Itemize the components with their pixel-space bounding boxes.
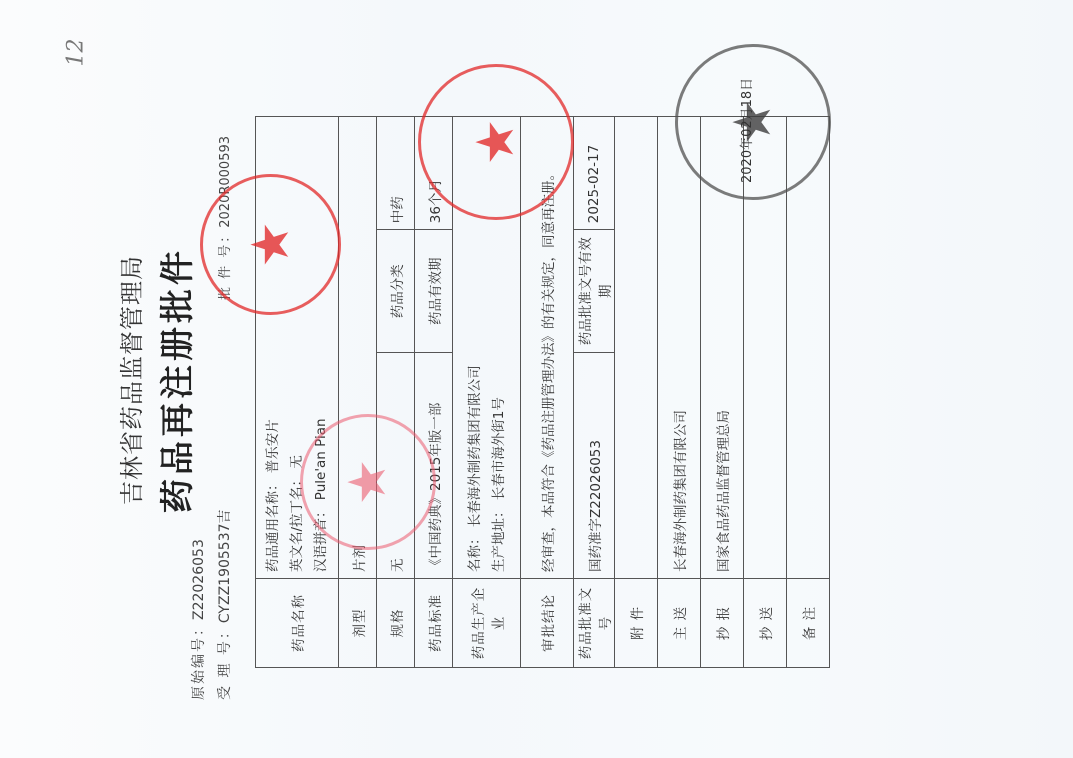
drug-name-label: 药品名称 bbox=[256, 579, 339, 668]
row-cc-report: 抄 报 国家食品药品监督管理总局 bbox=[701, 117, 744, 668]
approval-number-row-label: 药品批准文号 bbox=[574, 579, 615, 668]
original-number: 原始编号：Z22026053 bbox=[188, 539, 208, 700]
attachment-value bbox=[615, 117, 658, 579]
remarks-label: 备 注 bbox=[787, 579, 830, 668]
english-latin-name: 英文名/拉丁名： 无 bbox=[285, 123, 309, 572]
conclusion-label: 审批结论 bbox=[521, 579, 574, 668]
pinyin-name: 汉语拼音： Pule'an Pian bbox=[309, 123, 333, 572]
standard-value: 《中国药典》2015年版一部 bbox=[415, 353, 453, 579]
manufacturer-cell: 名称： 长春海外制药集团有限公司 生产地址： 长春市海外街1号 bbox=[453, 117, 521, 579]
issuing-organization: 吉林省药品监督管理局 bbox=[112, 60, 147, 700]
page-marker: 12 bbox=[64, 39, 89, 67]
pinyin-value: Pule'an Pian bbox=[313, 418, 329, 500]
english-latin-value: 无 bbox=[289, 455, 305, 469]
acceptance-number: 受 理 号：CYZZ1905537吉 bbox=[214, 509, 234, 700]
generic-name-label: 药品通用名称： bbox=[265, 478, 281, 573]
original-number-label: 原始编号： bbox=[191, 620, 207, 700]
manufacturer-label: 药品生产企业 bbox=[453, 579, 521, 668]
pinyin-label: 汉语拼音： bbox=[313, 505, 329, 573]
row-attachment: 附 件 bbox=[615, 117, 658, 668]
validity-value: 2025-02-17 bbox=[574, 117, 615, 230]
manufacturer-name: 名称： 长春海外制药集团有限公司 bbox=[463, 123, 487, 572]
row-standard: 药品标准 《中国药典》2015年版一部 药品有效期 36个月 bbox=[415, 117, 453, 668]
manufacturer-name-label: 名称： bbox=[467, 532, 483, 573]
conclusion-value: 经审查，本品符合《药品注册管理办法》的有关规定，同意再注册。 bbox=[521, 117, 574, 579]
manufacturer-address: 生产地址： 长春市海外街1号 bbox=[487, 123, 511, 572]
registration-form-table: 药品名称 药品通用名称： 普乐安片 英文名/拉丁名： 无 汉语拼音： Pule'… bbox=[255, 116, 830, 668]
original-number-value: Z22026053 bbox=[191, 539, 207, 620]
specification-label: 规格 bbox=[377, 579, 415, 668]
approval-document-number: 批 件 号：2020R000593 bbox=[214, 136, 233, 300]
validity-label: 药品批准文号有效期 bbox=[574, 230, 615, 353]
cc-send-value bbox=[744, 117, 787, 579]
row-remarks: 备 注 bbox=[787, 117, 830, 668]
approval-number-value: 2020R000593 bbox=[218, 136, 233, 228]
dosage-form-label: 剂型 bbox=[339, 579, 377, 668]
approval-number-row-value: 国药准字Z22026053 bbox=[574, 353, 615, 579]
cc-report-value: 国家食品药品监督管理总局 bbox=[701, 117, 744, 579]
drug-name-cell: 药品通用名称： 普乐安片 英文名/拉丁名： 无 汉语拼音： Pule'an Pi… bbox=[256, 117, 339, 579]
english-latin-label: 英文名/拉丁名： bbox=[289, 473, 305, 572]
approval-number-label: 批 件 号： bbox=[218, 228, 233, 300]
row-approval-number: 药品批准文号 国药准字Z22026053 药品批准文号有效期 2025-02-1… bbox=[574, 117, 615, 668]
generic-name-value: 普乐安片 bbox=[265, 419, 281, 473]
row-cc-send: 抄 送 bbox=[744, 117, 787, 668]
category-label: 药品分类 bbox=[377, 230, 415, 353]
attachment-label: 附 件 bbox=[615, 579, 658, 668]
dosage-form-value: 片剂 bbox=[339, 117, 377, 579]
manufacturer-name-value: 长春海外制药集团有限公司 bbox=[467, 365, 483, 527]
row-manufacturer: 药品生产企业 名称： 长春海外制药集团有限公司 生产地址： 长春市海外街1号 bbox=[453, 117, 521, 668]
cc-report-label: 抄 报 bbox=[701, 579, 744, 668]
specification-value: 无 bbox=[377, 353, 415, 579]
acceptance-number-label: 受 理 号： bbox=[217, 623, 233, 700]
remarks-value bbox=[787, 117, 830, 579]
category-value: 中药 bbox=[377, 117, 415, 230]
main-recipient-label: 主 送 bbox=[658, 579, 701, 668]
acceptance-number-value: CYZZ1905537吉 bbox=[217, 509, 233, 623]
generic-name: 药品通用名称： 普乐安片 bbox=[261, 123, 285, 572]
row-main-recipient: 主 送 长春海外制药集团有限公司 bbox=[658, 117, 701, 668]
manufacturer-address-label: 生产地址： bbox=[491, 505, 507, 573]
approval-document: 吉林省药品监督管理局 药品再注册批件 原始编号：Z22026053 受 理 号：… bbox=[100, 60, 820, 700]
row-conclusion: 审批结论 经审查，本品符合《药品注册管理办法》的有关规定，同意再注册。 bbox=[521, 117, 574, 668]
standard-label: 药品标准 bbox=[415, 579, 453, 668]
row-dosage-form: 剂型 片剂 bbox=[339, 117, 377, 668]
cc-send-label: 抄 送 bbox=[744, 579, 787, 668]
manufacturer-address-value: 长春市海外街1号 bbox=[491, 397, 507, 500]
row-drug-name: 药品名称 药品通用名称： 普乐安片 英文名/拉丁名： 无 汉语拼音： Pule'… bbox=[256, 117, 339, 668]
shelf-life-value: 36个月 bbox=[415, 117, 453, 230]
shelf-life-label: 药品有效期 bbox=[415, 230, 453, 353]
main-recipient-value: 长春海外制药集团有限公司 bbox=[658, 117, 701, 579]
row-specification: 规格 无 药品分类 中药 bbox=[377, 117, 415, 668]
